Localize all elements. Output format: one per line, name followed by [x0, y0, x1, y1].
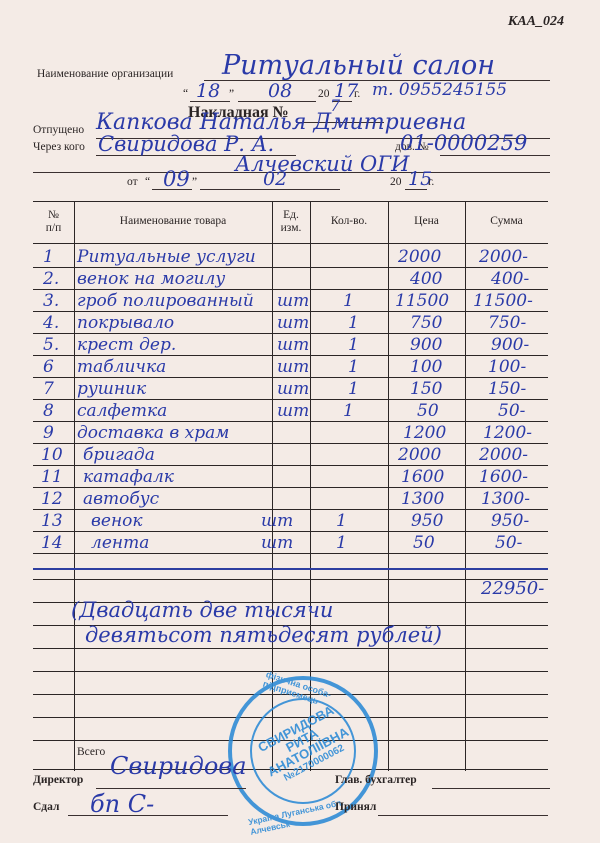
- total-words-line1: (Двадцать две тысячи: [71, 598, 333, 622]
- via-value-line2: Алчевский ОГИ: [235, 152, 409, 176]
- row-num: 10: [41, 445, 63, 465]
- row-num: 1: [43, 247, 54, 267]
- via-label: Через кого: [33, 141, 85, 153]
- from-date-month: 02: [263, 168, 287, 190]
- row-name: катафалк: [83, 467, 174, 487]
- row-name: салфетка: [77, 401, 167, 421]
- row-price: 50: [413, 533, 435, 553]
- header-date-day: 18: [196, 80, 220, 102]
- row-name: табличка: [77, 357, 166, 377]
- from-year-unit: г.: [428, 176, 434, 188]
- row-sum: 1600-: [479, 467, 528, 487]
- row-num: 13: [41, 511, 63, 531]
- header-date-month: 08: [268, 80, 292, 102]
- row-qty: 1: [343, 291, 354, 311]
- row-num: 11: [41, 467, 63, 487]
- row-name: крест дер.: [77, 335, 176, 355]
- row-price: 1600: [401, 467, 444, 487]
- row-qty: 1: [343, 401, 354, 421]
- header-phone: т. 0955245155: [372, 80, 507, 100]
- row-unit: шт: [277, 357, 309, 377]
- org-value: Ритуальный салон: [222, 50, 495, 81]
- row-num: 8: [43, 401, 54, 421]
- row-num: 9: [43, 423, 54, 443]
- warrant-value: 01-0000259: [400, 131, 527, 155]
- row-price: 2000: [398, 247, 441, 267]
- header-unit: Ед. изм.: [272, 209, 310, 235]
- row-price: 950: [411, 511, 443, 531]
- header-year-prefix: 20: [318, 88, 330, 100]
- row-num: 14: [41, 533, 63, 553]
- row-name: рушник: [77, 379, 146, 399]
- document-code: КАА_024: [508, 14, 564, 30]
- row-sum: 150-: [488, 379, 526, 399]
- chief-accountant-label: Глав. бухгалтер: [335, 774, 417, 786]
- received-label: Принял: [335, 801, 376, 813]
- row-name: гроб полированный: [77, 291, 254, 311]
- director-signature: Свиридова: [110, 752, 247, 780]
- org-label: Наименование организации: [37, 68, 173, 80]
- row-price: 100: [410, 357, 442, 377]
- row-sum: 50-: [495, 533, 522, 553]
- header-name: Наименование товара: [74, 215, 272, 228]
- row-price: 150: [410, 379, 442, 399]
- row-price: 11500: [395, 291, 449, 311]
- from-date-day: 09: [163, 167, 190, 191]
- row-unit: шт: [277, 401, 309, 421]
- from-year-prefix: 20: [390, 176, 402, 188]
- header-num: № п/п: [33, 209, 74, 235]
- row-price: 50: [417, 401, 439, 421]
- row-name: покрывало: [77, 313, 174, 333]
- row-num: 5.: [43, 335, 59, 355]
- row-name: автобус: [83, 489, 159, 509]
- row-qty: 1: [348, 313, 359, 333]
- handed-signature: бп С-: [90, 790, 154, 818]
- row-name: венок: [91, 511, 143, 531]
- row-num: 2.: [43, 269, 59, 289]
- row-price: 1200: [403, 423, 446, 443]
- row-num: 12: [41, 489, 63, 509]
- row-unit: шт: [277, 379, 309, 399]
- row-sum: 750-: [488, 313, 526, 333]
- row-sum: 2000-: [479, 445, 528, 465]
- header-sum: Сумма: [465, 215, 548, 228]
- row-unit: шт: [277, 335, 309, 355]
- row-sum: 1300-: [481, 489, 530, 509]
- row-qty: 1: [348, 357, 359, 377]
- header-price: Цена: [388, 215, 465, 228]
- row-sum: 400-: [491, 269, 529, 289]
- row-name: Ритуальные услуги: [77, 247, 256, 267]
- row-sum: 100-: [488, 357, 526, 377]
- row-sum: 900-: [491, 335, 529, 355]
- row-unit: шт: [277, 313, 309, 333]
- row-sum: 1200-: [483, 423, 532, 443]
- row-num: 4.: [43, 313, 59, 333]
- row-num: 7: [43, 379, 54, 399]
- director-label: Директор: [33, 774, 83, 786]
- released-label: Отпущено: [33, 124, 84, 136]
- row-unit: шт: [277, 291, 309, 311]
- row-price: 1300: [401, 489, 444, 509]
- row-unit: шт: [261, 511, 293, 531]
- row-qty: 1: [348, 335, 359, 355]
- row-price: 2000: [398, 445, 441, 465]
- row-qty: 1: [336, 533, 347, 553]
- row-sum: 11500-: [473, 291, 533, 311]
- row-name: лента: [91, 533, 149, 553]
- row-name: венок на могилу: [77, 269, 225, 289]
- total-label: Всего: [77, 746, 105, 758]
- row-qty: 1: [336, 511, 347, 531]
- row-price: 750: [410, 313, 442, 333]
- header-year-unit: г.: [354, 88, 360, 100]
- ink-divider: [33, 568, 548, 570]
- row-unit: шт: [261, 533, 293, 553]
- handed-label: Сдал: [33, 801, 59, 813]
- row-sum: 2000-: [479, 247, 528, 267]
- from-label: от: [127, 176, 138, 188]
- row-name: бригада: [83, 445, 155, 465]
- row-num: 3.: [43, 291, 59, 311]
- header-qty: Кол-во.: [310, 215, 388, 228]
- row-price: 400: [410, 269, 442, 289]
- row-price: 900: [410, 335, 442, 355]
- row-qty: 1: [348, 379, 359, 399]
- row-num: 6: [43, 357, 54, 377]
- row-sum: 50-: [498, 401, 525, 421]
- total-value: 22950-: [481, 579, 544, 599]
- total-words-line2: девятьсот пятьдесят рублей): [85, 623, 442, 647]
- row-name: доставка в храм: [77, 423, 229, 443]
- row-sum: 950-: [491, 511, 529, 531]
